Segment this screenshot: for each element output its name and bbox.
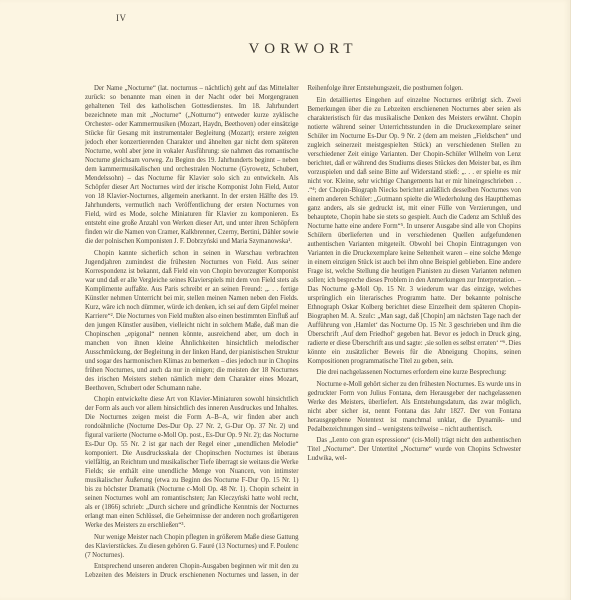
page-title: VORWORT (85, 41, 521, 58)
paragraph: Chopin entwickelte diese Art von Klavier… (85, 395, 299, 530)
paragraph: Nocturne e-Moll gehört sicher zu den frü… (308, 380, 522, 434)
text-columns: Der Name „Nocturne“ (lat. nocturnus – nä… (85, 84, 521, 584)
paragraph: Der Name „Nocturne“ (lat. nocturnus – nä… (85, 84, 299, 246)
paragraph: Das „Lento con gran espressione“ (cis-Mo… (308, 436, 522, 463)
paragraph: Ein detailliertes Eingehen auf einzelne … (308, 96, 522, 366)
paragraph: Die drei nachgelassenen Nocturnes erford… (308, 368, 522, 377)
book-page: IV VORWORT Der Name „Nocturne“ (lat. noc… (0, 0, 571, 600)
paragraph: Chopin kannte sicherlich schon in seinen… (85, 249, 299, 393)
paragraph: Nur wenige Meister nach Chopin pflegten … (85, 533, 299, 560)
page-number: IV (116, 13, 127, 23)
